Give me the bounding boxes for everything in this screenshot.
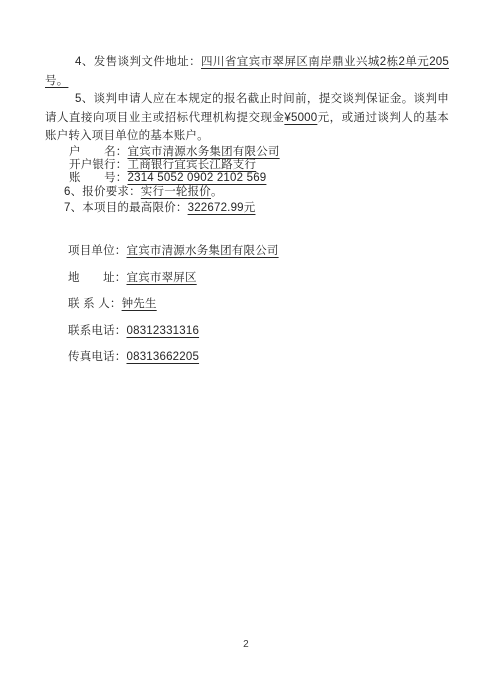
clause-6-period: 。 [211, 186, 223, 198]
project-unit-row: 项目单位：宜宾市清源水务集团有限公司 [45, 238, 449, 265]
address-value: 宜宾市翠屏区 [127, 272, 197, 284]
clause-5-deposit-amount: ¥5000 [284, 112, 317, 124]
fax-row: 传真电话：08313662205 [45, 344, 449, 371]
clause-6-value: 实行一轮报价 [141, 186, 211, 198]
fax-value: 08313662205 [127, 351, 200, 363]
contact-phone-value: 08312331316 [127, 325, 200, 337]
clause-5-deposit-terms: 5、谈判申请人应在本规定的报名截止时间前，提交谈判保证金。谈判申请人直接向项目业… [45, 90, 449, 146]
clause-7-price-ceiling: 7、本项目的最高限价：322672.99元 [45, 201, 449, 217]
account-number-value: 2314 5052 0902 2102 569 [128, 172, 267, 184]
document-page: 4、发售谈判文件地址：四川省宜宾市翠屏区南岸鼎业兴城2栋2单元205号。 5、谈… [0, 0, 492, 683]
contact-person-value: 钟先生 [122, 298, 157, 310]
page-number: 2 [0, 639, 492, 650]
account-name-row: 户 名：宜宾市清源水务集团有限公司 [45, 146, 449, 159]
account-name-value: 宜宾市清源水务集团有限公司 [128, 146, 280, 158]
clause-4-label: 4、发售谈判文件地址： [75, 56, 201, 68]
account-number-label: 账 号： [69, 172, 128, 184]
clause-6-quotation-rule: 6、报价要求：实行一轮报价。 [45, 185, 449, 201]
address-label: 地 址： [68, 272, 127, 284]
account-name-label: 户 名： [69, 146, 128, 158]
address-row: 地 址：宜宾市翠屏区 [45, 265, 449, 292]
document-body: 4、发售谈判文件地址：四川省宜宾市翠屏区南岸鼎业兴城2栋2单元205号。 5、谈… [45, 53, 449, 371]
contact-person-label: 联 系 人： [68, 298, 122, 310]
bank-branch-value: 工商银行宜宾长江路支行 [128, 159, 257, 171]
project-unit-label: 项目单位： [68, 245, 127, 257]
contact-info-block: 项目单位：宜宾市清源水务集团有限公司 地 址：宜宾市翠屏区 联 系 人：钟先生 … [45, 238, 449, 371]
clause-7-value: 322672.99元 [188, 202, 256, 214]
account-number-row: 账 号：2314 5052 0902 2102 569 [45, 172, 449, 185]
contact-phone-label: 联系电话： [68, 325, 127, 337]
project-unit-value: 宜宾市清源水务集团有限公司 [127, 245, 279, 257]
bank-account-details: 户 名：宜宾市清源水务集团有限公司 开户银行：工商银行宜宾长江路支行 账 号：2… [45, 146, 449, 186]
bank-branch-label: 开户银行： [69, 159, 128, 171]
contact-phone-row: 联系电话：08312331316 [45, 318, 449, 345]
clause-6-label: 6、报价要求： [64, 186, 141, 198]
contact-person-row: 联 系 人：钟先生 [45, 291, 449, 318]
bank-branch-row: 开户银行：工商银行宜宾长江路支行 [45, 159, 449, 172]
clause-7-label: 7、本项目的最高限价： [64, 202, 188, 214]
clause-4-sale-address: 4、发售谈判文件地址：四川省宜宾市翠屏区南岸鼎业兴城2栋2单元205号。 [45, 53, 449, 90]
fax-label: 传真电话： [68, 351, 127, 363]
